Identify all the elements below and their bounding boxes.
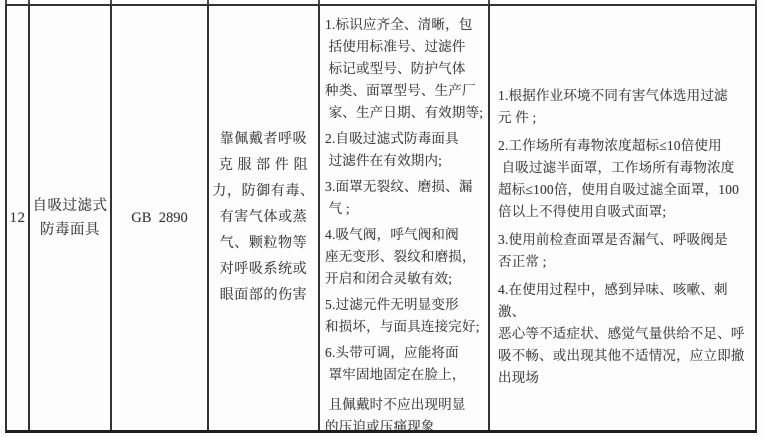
scanned-ppe-table-page: 12 自吸过滤式 防毒面具 GB 2890 靠佩戴者呼吸 克 服 部 件 阻 力… [0, 0, 765, 437]
usage-notes-cell: 1.根据作业环境不同有害气体选用过滤 元 件 ; 2.工作场所有毒物浓度超标≤1… [490, 6, 757, 430]
ppe-table: 12 自吸过滤式 防毒面具 GB 2890 靠佩戴者呼吸 克 服 部 件 阻 力… [5, 0, 757, 433]
inspection-trailing-note: 且佩戴时不应出现明显 的压迫或压痛现象 [325, 394, 485, 430]
stub-cell [7, 0, 30, 4]
stub-cell [320, 0, 490, 4]
stub-cell [490, 0, 757, 4]
row-number: 12 [10, 210, 26, 227]
usage-item-1: 1.根据作业环境不同有害气体选用过滤 元 件 ; [498, 85, 753, 129]
usage-item-3: 3.使用前检查面罩是否漏气、呼吸阀是 否正常 ; [498, 229, 753, 273]
usage-item-2: 2.工作场所有毒物浓度超标≤10倍使用 自吸过滤半面罩，工作场所有毒物浓度 超标… [498, 135, 753, 223]
inspection-item-4: 4.吸气阀，呼气阀和阀 座无变形、裂纹和磨损， 开启和闭合灵敏有效; [325, 224, 485, 290]
inspection-item-1: 1.标识应齐全、清晰，包 括使用标准号、过滤件 标记或型号、防护气体 种类、面罩… [325, 14, 485, 124]
stub-cell [209, 0, 320, 4]
ppe-table-row-12: 12 自吸过滤式 防毒面具 GB 2890 靠佩戴者呼吸 克 服 部 件 阻 力… [5, 4, 757, 433]
equipment-name: 自吸过滤式 防毒面具 [33, 194, 108, 242]
inspection-item-5: 5.过滤元件无明显变形 和损坏，与面具连接完好; [325, 294, 485, 338]
standard-number: GB 2890 [131, 210, 187, 227]
cropped-row-above-stubs [5, 0, 757, 4]
inspection-item-3: 3.面罩无裂纹、磨损、漏 气 ; [325, 176, 485, 220]
equipment-name-cell: 自吸过滤式 防毒面具 [30, 6, 112, 430]
protection-function-text: 靠佩戴者呼吸 克 服 部 件 阻 力，防御有毒、 有害气体或蒸 气、颗粒物等 对… [212, 127, 314, 309]
inspection-requirements-cell: 1.标识应齐全、清晰，包 括使用标准号、过滤件 标记或型号、防护气体 种类、面罩… [320, 6, 490, 430]
protection-function-cell: 靠佩戴者呼吸 克 服 部 件 阻 力，防御有毒、 有害气体或蒸 气、颗粒物等 对… [209, 6, 320, 430]
inspection-item-2: 2.自吸过滤式防毒面具 过滤件在有效期内; [325, 128, 485, 172]
usage-item-4: 4.在使用过程中，感到异味、咳嗽、刺激、 恶心等不适症状、感觉气量供给不足、呼 … [498, 279, 753, 389]
standard-number-cell: GB 2890 [112, 6, 209, 430]
inspection-item-6: 6.头带可调，应能将面 罩牢固地固定在脸上， [325, 342, 485, 386]
row-number-cell: 12 [7, 6, 30, 430]
stub-cell [112, 0, 209, 4]
stub-cell [30, 0, 112, 4]
